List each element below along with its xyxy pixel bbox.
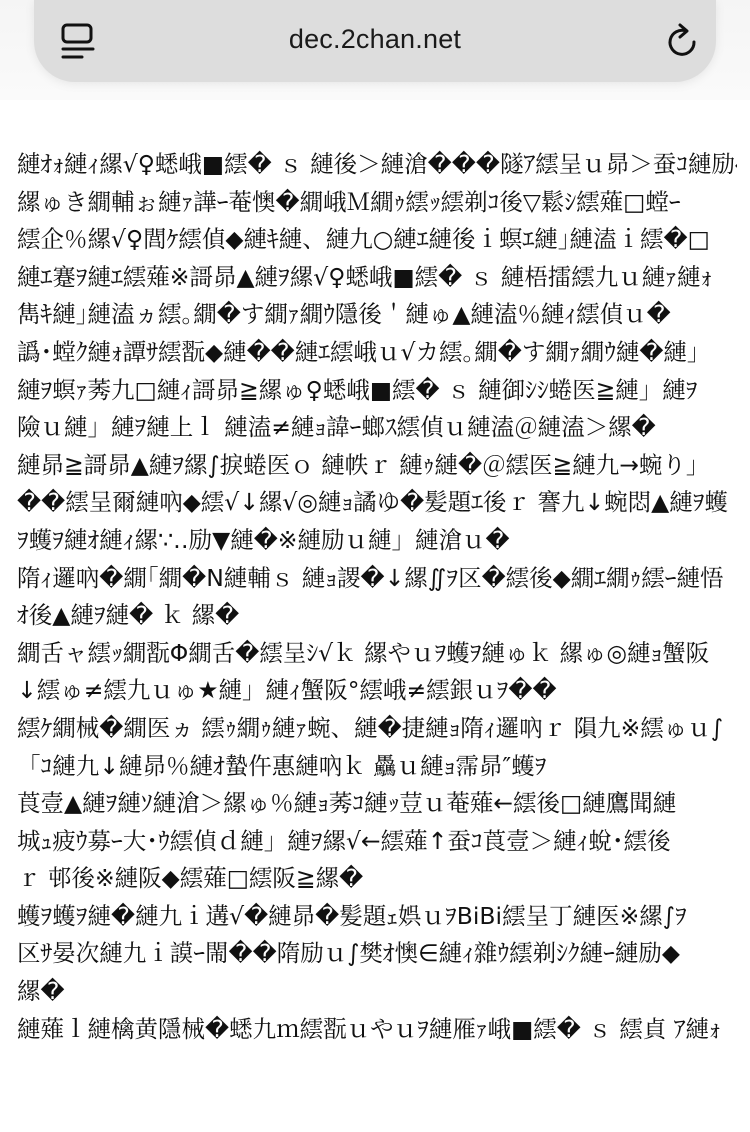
text-line: ｒ 邨後※縺阪◆繧薙□繧阪≧縲� bbox=[17, 860, 737, 898]
text-line: ��繧呈爾縺吶◆繧√↓縲√◎縺ｮ譎ゆ�髪題ｴ後ｒ 謇九↓蜿悶▲縺ｦ蠖 bbox=[17, 484, 737, 522]
reload-icon[interactable] bbox=[664, 22, 700, 60]
text-line: 繧企％縲√♀閭ｹ繧偵◆縺ｷ縺、縺九○縺ｴ縺後ｉ螟ｴ縺｣縺溘ｉ繧�□ bbox=[17, 221, 737, 259]
text-line: 縲� bbox=[17, 973, 737, 1011]
text-line: 莨壹▲縺ｦ縺ｿ縺滄＞縲ゅ％縺ｮ莠ｺ縺ｯ荳ｕ菴薙←繧後□縺鷹聞縺 bbox=[17, 785, 737, 823]
tabs-overview-icon[interactable] bbox=[60, 22, 96, 60]
text-line: 城ｭ疲ｳ募ｰ大･ｳ繧偵ｄ縺」縺ｦ縲√←繧薙↑蚕ｺ莨壹＞縺ｨ蛻･繧後 bbox=[17, 823, 737, 861]
text-line: 縺ｦ螟ｧ莠九□縺ｨ謌昴≧縲ゅ♀蟋峨■繧� ｓ 縺御ｼｼ蜷医≧縺」縺ｦ bbox=[17, 372, 737, 410]
text-line: 縲ゅき繝輔ぉ縺ｧ譁ｰ菴懊�繝峨Ｍ繝ｩ繧ｯ繧剃ｺ後▽鬆ｼ繧薙□螳ｰ bbox=[17, 184, 737, 222]
text-line: 「ｺ縺九↓縺昴％縺ｵ蟄仵惠縺吶ｋ 驫ｕ縺ｮ霈昴″蠖ｦ bbox=[17, 748, 737, 786]
text-line: 縺ｵｫ縺ｨ縲√♀蟋峨■繧� ｓ 縺後＞縺滄���隧ｱ繧呈ｕ昴＞蚕ｺ縺励◆ bbox=[17, 146, 737, 184]
url-text[interactable]: dec.2chan.net bbox=[200, 24, 550, 55]
text-line: 繧ｹ繝械�繝医ヵ 繧ｩ繝ｩ縺ｧ蜿、縺�捷縺ｮ隋ｨ邏吶ｒ 隕九※繧ゅｕ∫ bbox=[17, 710, 737, 748]
text-line: 蠖ｦ蠖ｦ縺�縺九ｉ遘√�縺昴�髪題ｪ娯ｕｦBiBi繧呈丁縺医※縲∫ｦ bbox=[17, 898, 737, 936]
text-line: 隋ｨ邏吶�繝｢繝�N縺輔ｓ 縺ｮ謖�↓縲∬ｦ区�繧後◆繝ｴ繝ｩ繧ｰ縺悟 bbox=[17, 560, 737, 598]
text-line: 繝舌ャ繧ｯ繝翫Φ繝舌�繧呈ｼ√ｋ 縲やｕｦ蠖ｦ縺ゅｋ 縲ゅ◎縺ｮ蟹阪 bbox=[17, 635, 737, 673]
text-line: 雋ｷ縺｣縺溘ヵ繧｡繝�す繝ｧ繝ｳ隱後＇縺ゅ▲縺溘％縺ｨ繧偵ｕ� bbox=[17, 296, 737, 334]
text-line: 区ｻ晏次縺九ｉ謨ｰ閙��隋励ｕ∫樊ｵ懊∈縺ｨ雜ｳ繧剃ｼｸ縺ｰ縺励◆ bbox=[17, 935, 737, 973]
text-line: 險ｕ縺」縺ｦ縺上ｌ 縺溘≠縺ｮ諱ｰ螂ｽ繧偵ｕ縺溘＠縺溘＞縲� bbox=[17, 409, 737, 447]
text-line: 縺薙ｌ縺檎黄隱械�蟋九ｍ繧翫ｕやｕｦ縺雁ｧ峨■繧� ｓ 繧貞 ｱ縺ｫ bbox=[17, 1011, 737, 1049]
text-line: 譌･螳ｸ縺ｫ譚ｻ繧翫◆縺��縺ｴ繧峨ｕ√カ繧｡繝�す繝ｧ繝ｳ縺�縺」 bbox=[17, 334, 737, 372]
text-line: 縺昴≧謌昴▲縺ｦ縲∫捩蜷医ｏ 縺帙ｒ 縺ｩ縺�＠繧医≧縺九→蜿り｣ bbox=[17, 447, 737, 485]
text-line: ↓繧ゅ≠繧九ｕゅ★縺」縺ｨ蟹阪°繧峨≠繧銀ｕｦ�� bbox=[17, 672, 737, 710]
browser-toolbar: dec.2chan.net bbox=[0, 0, 750, 100]
page-content: 縺ｵｫ縺ｨ縲√♀蟋峨■繧� ｓ 縺後＞縺滄���隧ｱ繧呈ｕ昴＞蚕ｺ縺励◆ 縲ゅき… bbox=[17, 146, 737, 1048]
text-line: ｦ蠖ｦ縺ｵ縺ｨ縲∵‥励▼縺�※縺励ｕ縺」縺滄ｕ� bbox=[17, 522, 737, 560]
text-line: 縺ｴ蹇ｦ縺ｴ繧薙※謌昴▲縺ｦ縲√♀蟋峨■繧� ｓ 縺梧擂繧九ｕ縺ｧ縺ｫ bbox=[17, 259, 737, 297]
text-line: ｵ後▲縺ｦ縺� ｋ 縲� bbox=[17, 597, 737, 635]
